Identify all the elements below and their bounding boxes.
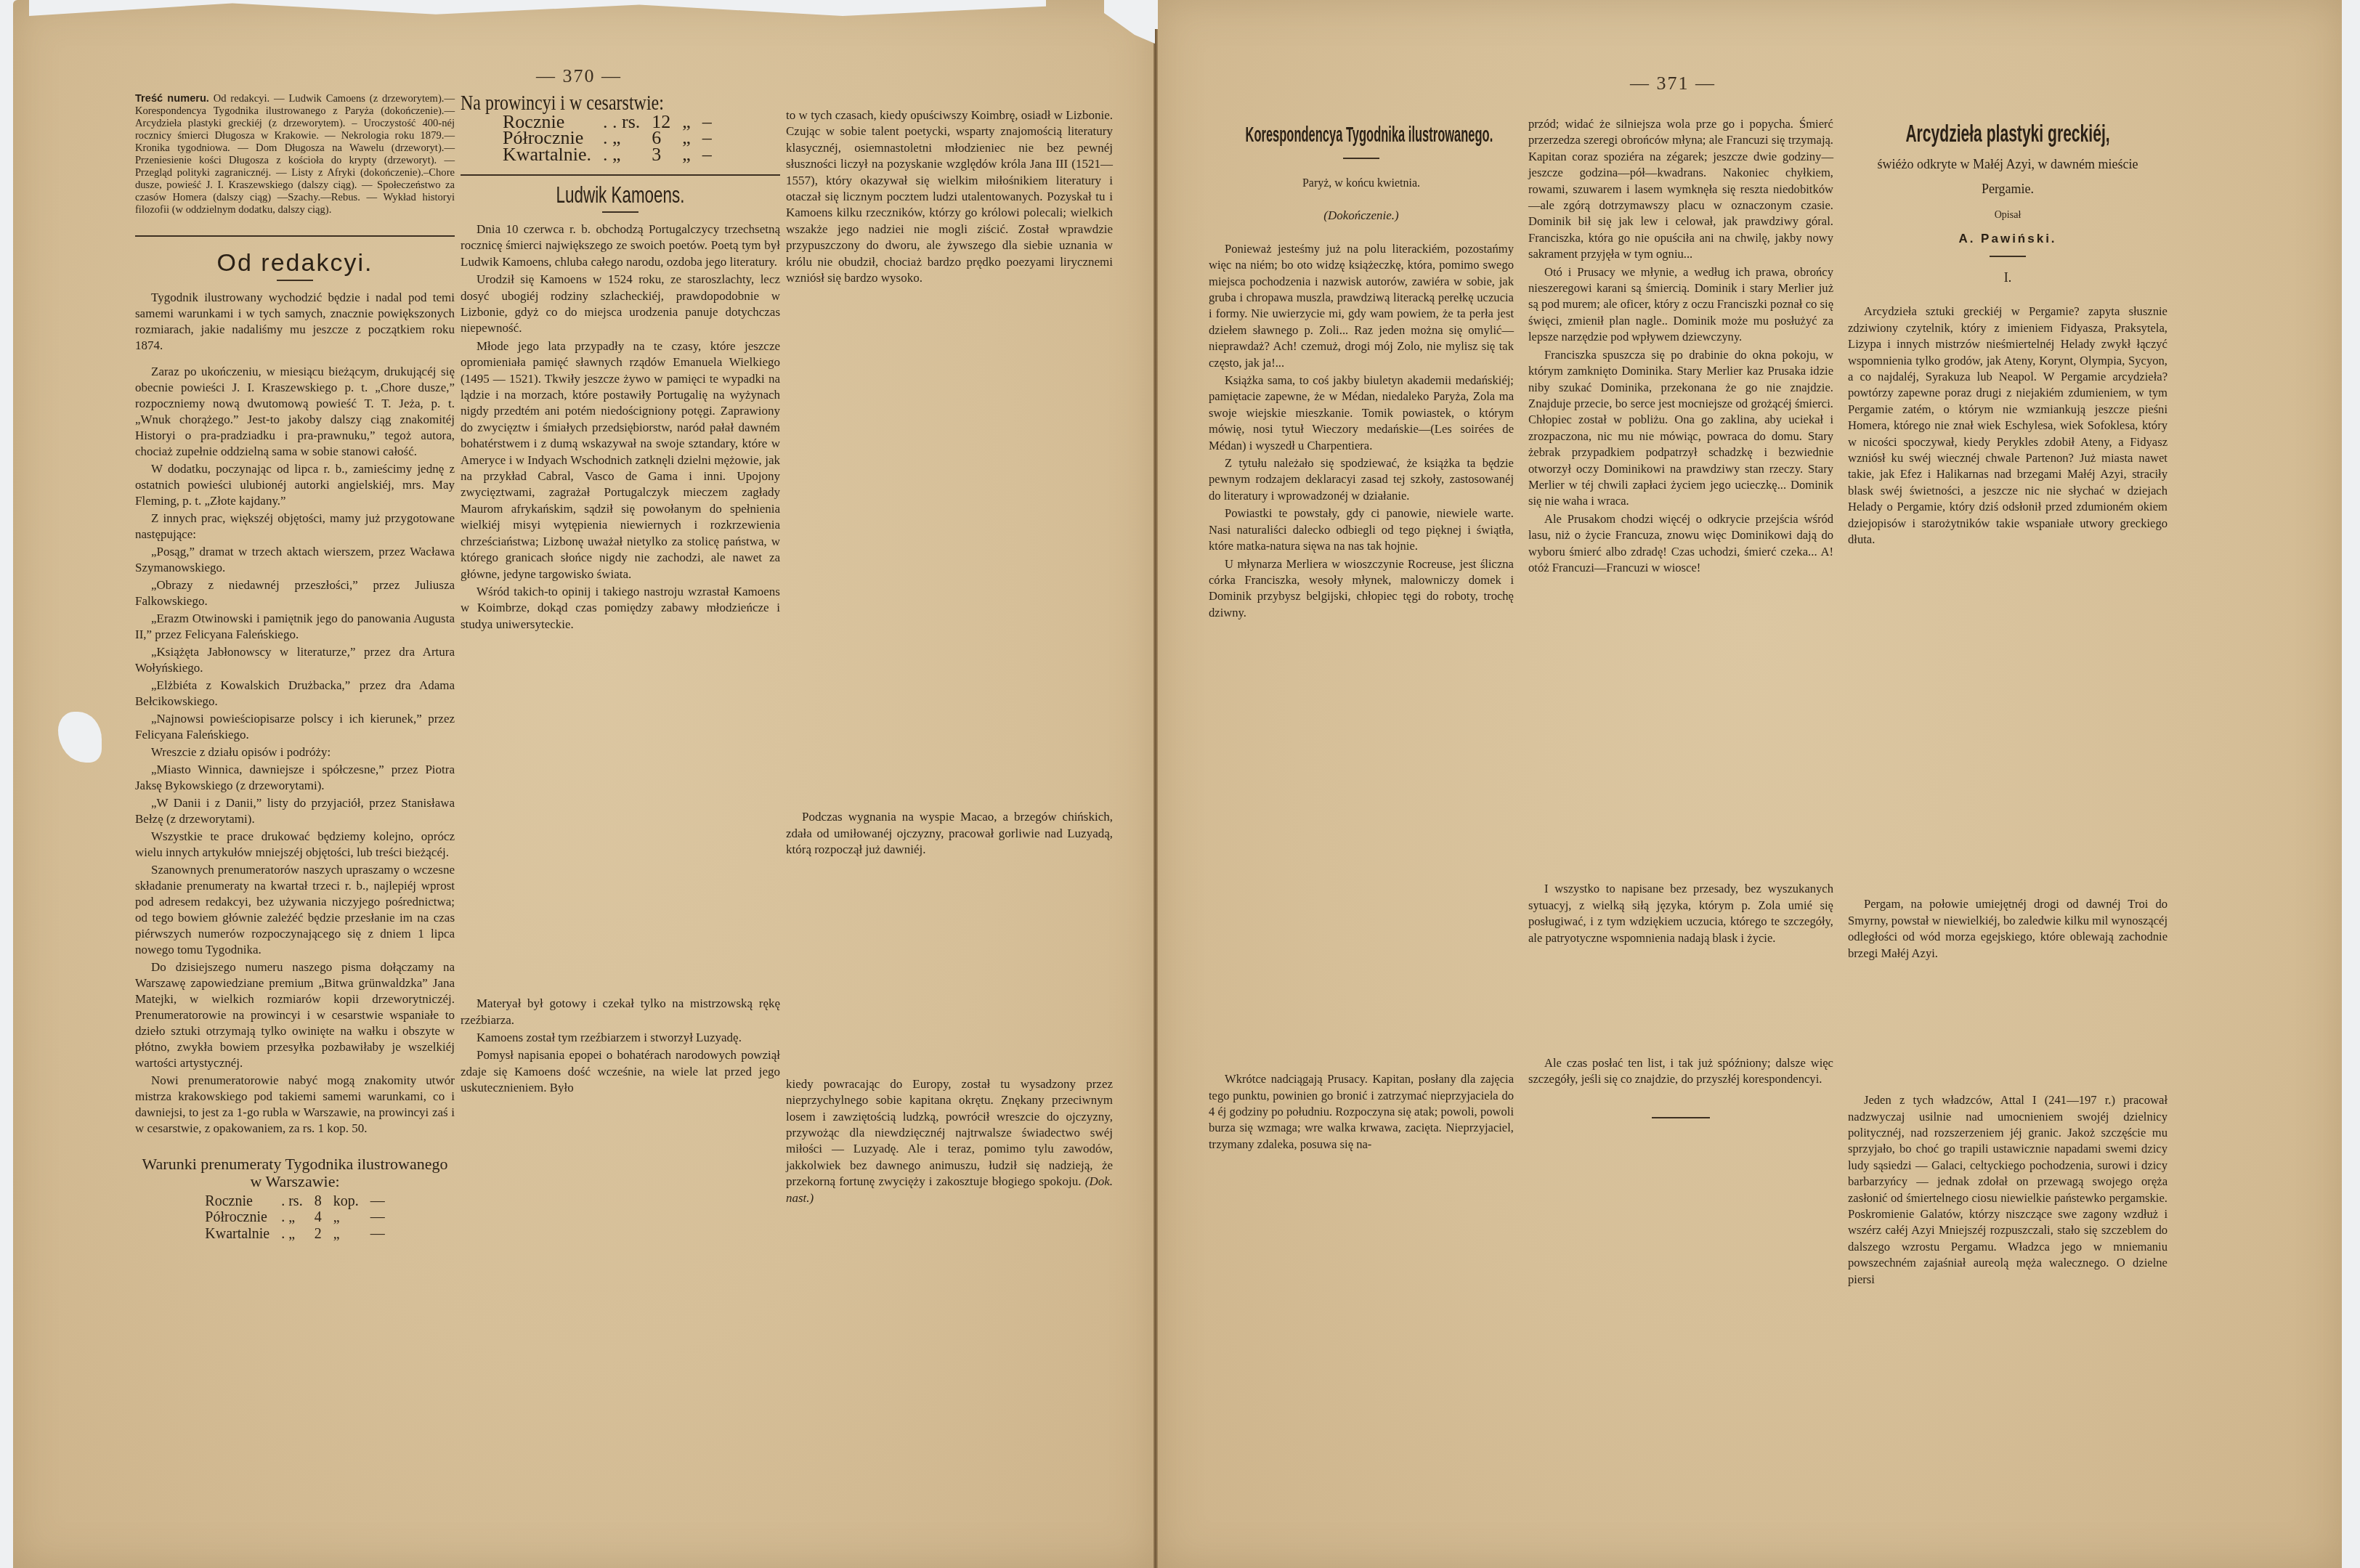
divider — [1343, 158, 1379, 159]
article-paragraph: kiedy powracając do Europy, został tu wy… — [786, 1076, 1113, 1206]
article-paragraph: U młynarza Merliera w wioszczynie Rocreu… — [1209, 556, 1514, 622]
divider — [1652, 1117, 1710, 1118]
article-paragraph: Ale Prusakom chodzi więcéj o odkrycie pr… — [1528, 511, 1833, 577]
subscription-warsaw-title: Warunki prenumeraty Tygodnika ilustrowan… — [135, 1155, 455, 1190]
article-paragraph: Pomysł napisania epopei o bohatérach nar… — [461, 1047, 780, 1096]
toc-text: Od redakcyi. — Ludwik Camoens (z drzewor… — [135, 93, 455, 216]
amount: 6 — [646, 130, 676, 147]
period: Rocznie — [199, 1193, 275, 1210]
article-paragraph: przód; widać że silniejsza wola prze go … — [1528, 116, 1833, 263]
editorial-paragraph: „Książęta Jabłonowscy w literaturze,” pr… — [135, 644, 455, 676]
subscription-province-title: Na prowincyi i w cesarstwie: — [461, 96, 716, 111]
right-column-1: Korespondencya Tygodnika ilustrowanego. … — [1209, 102, 1514, 1154]
subscription-province-table: Rocznie . . rs. 12 „ – Półrocznie . „ 6 … — [497, 114, 718, 163]
currency: . „ — [597, 147, 646, 163]
article-paragraph: I wszystko to napisane bez przesady, bez… — [1528, 881, 1833, 946]
article-paragraph: Pergam, na połowie umiejętnéj drogi od d… — [1848, 896, 2168, 962]
amount: 4 — [309, 1209, 328, 1226]
left-column-3: to w tych czasach, kiedy opuściwszy Koim… — [786, 107, 1113, 1208]
editorial-paragraph: „Obrazy z niedawnéj przeszłości,” przez … — [135, 577, 455, 609]
editorial-paragraph: Wreszcie z działu opisów i podróży: — [135, 744, 455, 760]
editorial-title: Od redakcyi. — [135, 256, 455, 271]
amount: 12 — [646, 114, 676, 131]
currency: . rs. — [275, 1193, 308, 1210]
toc-label: Treść numeru. — [135, 93, 209, 105]
article-paragraph: Kamoens został tym rzeźbiarzem i stworzy… — [461, 1030, 780, 1046]
period: Półrocznie — [199, 1209, 275, 1226]
left-column-2: Na prowincyi i w cesarstwie: Rocznie . .… — [461, 93, 780, 1098]
editorial-paragraph: Nowi prenumeratorowie nabyć mogą znakomi… — [135, 1073, 455, 1137]
dash: — — [365, 1193, 391, 1210]
unit: „ — [328, 1209, 365, 1226]
editorial-paragraph: „Miasto Winnica, dawniejsze i spółczesne… — [135, 762, 455, 794]
divider — [602, 211, 638, 213]
editorial-paragraph: Szanownych prenumeratorów naszych uprasz… — [135, 862, 455, 958]
unit: „ — [676, 147, 697, 163]
article-paragraph: Jeden z tych władzców, Attal I (241—197 … — [1848, 1092, 2168, 1288]
article-paragraph: Otó i Prusacy we młynie, a według ich pr… — [1528, 264, 1833, 346]
editorial-paragraph: „W Danii i z Danii,” listy do przyjaciół… — [135, 795, 455, 827]
right-column-3: Arcydzieła plastyki greckiéj, świéżo odk… — [1848, 102, 2168, 1289]
article-paragraph: Podczas wygnania na wyspie Macao, a brze… — [786, 809, 1113, 858]
editorial-paragraph: „Najnowsi powieściopisarze polscy i ich … — [135, 711, 455, 743]
article-paragraph: Wśród takich-to opinij i takiego nastroj… — [461, 584, 780, 633]
table-row: Kwartalnie . „ 2 „ — — [199, 1226, 390, 1243]
article-paragraph: Powiastki te powstały, gdy ci panowie, n… — [1209, 505, 1514, 554]
article-paragraph: Materyał był gotowy i czekał tylko na mi… — [461, 996, 780, 1028]
table-row: Rocznie . rs. 8 kop. — — [199, 1193, 390, 1210]
editorial-paragraph: „Erazm Otwinowski i pamiętnik jego do pa… — [135, 611, 455, 643]
period: Kwartalnie — [199, 1226, 275, 1243]
right-page: — 371 — Korespondencya Tygodnika ilustro… — [1158, 0, 2342, 1568]
background-edge — [2342, 0, 2360, 1568]
article-paragraph: Młode jego lata przypadły na te czasy, k… — [461, 338, 780, 582]
left-page: — 370 — Treść numeru. Od redakcyi. — Lud… — [13, 0, 1155, 1568]
subtitle: (Dokończenie.) — [1209, 208, 1514, 224]
dash: — — [365, 1226, 391, 1243]
currency: . „ — [275, 1226, 308, 1243]
page-number-371: — 371 — — [1630, 73, 1716, 94]
article-paragraph: Ale czas posłać ten list, i tak już spóź… — [1528, 1055, 1833, 1088]
editorial-paragraph: Wszystkie te prace drukować będziemy kol… — [135, 829, 455, 861]
table-row: Półrocznie . „ 4 „ — — [199, 1209, 390, 1226]
kamoens-title: Ludwik Kamoens. — [508, 187, 732, 203]
greek-art-title: Arcydzieła plastyki greckiéj, — [1891, 126, 2125, 142]
greek-art-subtitle: świéżo odkryte w Małéj Azyi, w dawném mi… — [1848, 152, 2168, 201]
article-paragraph: Z tytułu należało się spodziewać, że ksi… — [1209, 455, 1514, 504]
amount: 8 — [309, 1193, 328, 1210]
editorial-paragraph: Do dzisiejszego numeru naszego pisma doł… — [135, 959, 455, 1071]
subscription-warsaw-table: Rocznie . rs. 8 kop. — Półrocznie . „ 4 … — [199, 1193, 390, 1243]
byline-label: Opisał — [1848, 208, 2168, 224]
article-paragraph: Franciszka spuszcza się po drabinie do o… — [1528, 347, 1833, 510]
unit: „ — [328, 1226, 365, 1243]
section-number: I. — [1848, 270, 2168, 285]
editorial-paragraph: W dodatku, poczynając od lipca r. b., za… — [135, 461, 455, 509]
editorial-paragraph: „Posąg,” dramat w trzech aktach wierszem… — [135, 544, 455, 576]
author: A. Pawiński. — [1848, 232, 2168, 247]
amount: 2 — [309, 1226, 328, 1243]
dash: — — [365, 1209, 391, 1226]
article-paragraph: to w tych czasach, kiedy opuściwszy Koim… — [786, 107, 1113, 286]
article-paragraph: Ponieważ jesteśmy już na polu literackié… — [1209, 241, 1514, 371]
divider — [1990, 256, 2026, 257]
unit: kop. — [328, 1193, 365, 1210]
left-column-1: Treść numeru. Od redakcyi. — Ludwik Camo… — [135, 93, 455, 1245]
article-paragraph: Urodził się Kamoens w 1524 roku, ze star… — [461, 272, 780, 337]
divider — [461, 174, 780, 176]
article-text: kiedy powracając do Europy, został tu wy… — [786, 1077, 1113, 1188]
page-number-370: — 370 — — [536, 65, 622, 87]
currency: . „ — [275, 1209, 308, 1226]
divider — [277, 280, 313, 281]
table-row: Kwartalnie. . „ 3 „ – — [497, 147, 718, 163]
editorial-paragraph: Tygodnik ilustrowany wychodzić będzie i … — [135, 290, 455, 354]
amount: 3 — [646, 147, 676, 163]
editorial-paragraph: Zaraz po ukończeniu, w miesiącu bieżącym… — [135, 364, 455, 460]
dash: – — [697, 147, 718, 163]
right-column-2: przód; widać że silniejsza wola prze go … — [1528, 116, 1833, 1127]
article-paragraph: Dnia 10 czerwca r. b. obchodzą Portugalc… — [461, 222, 780, 270]
editorial-paragraph: Z innych prac, większéj objętości, mamy … — [135, 511, 455, 543]
article-paragraph: Książka sama, to coś jakby biuletyn akad… — [1209, 373, 1514, 454]
dateline: Paryż, w końcu kwietnia. — [1209, 176, 1514, 192]
correspondence-title: Korespondencya Tygodnika ilustrowanego. — [1246, 128, 1477, 143]
divider — [135, 235, 455, 237]
article-paragraph: Wkrótce nadciągają Prusacy. Kapitan, pos… — [1209, 1071, 1514, 1153]
period: Kwartalnie. — [497, 147, 597, 163]
table-of-contents: Treść numeru. Od redakcyi. — Ludwik Camo… — [135, 93, 455, 216]
article-paragraph: Arcydzieła sztuki greckiéj w Pergamie? z… — [1848, 304, 2168, 548]
editorial-paragraph: „Elżbiéta z Kowalskich Drużbacka,” przez… — [135, 678, 455, 710]
